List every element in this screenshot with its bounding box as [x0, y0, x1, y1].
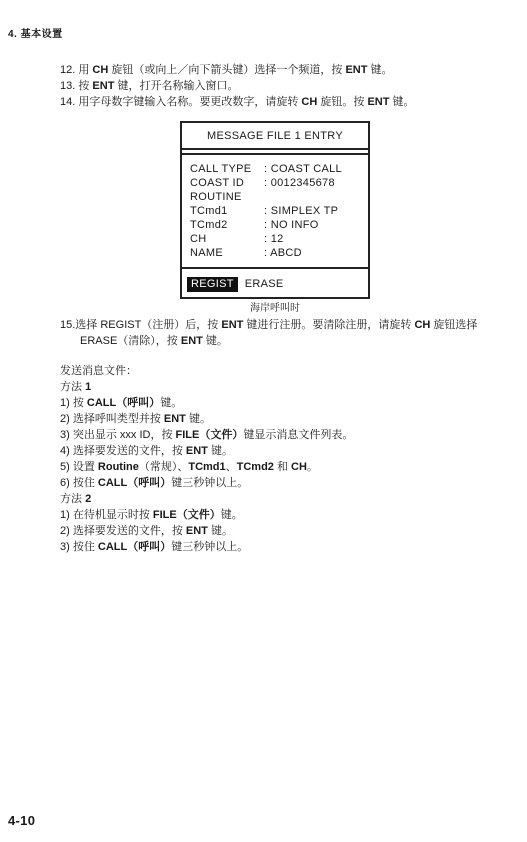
screen-field-value: : SIMPLEX TP: [264, 205, 338, 217]
send-message-instructions: 发送消息文件： 方法 1 1) 按 CALL（呼叫）键。 2) 选择呼叫类型并按…: [60, 363, 488, 555]
instruction-line: 4) 选择要发送的文件，按 ENT 键。: [60, 443, 488, 459]
page-content: 12. 用 CH 旋钮（或向上／向下箭头键）选择一个频道，按 ENT 键。 13…: [60, 62, 488, 555]
instruction-step: 13. 按 ENT 键，打开名称输入窗口。: [60, 78, 488, 94]
screen-field-value: : NO INFO: [264, 219, 319, 231]
screen-field-label: COAST ID: [190, 176, 264, 190]
screen-field-value: : 12: [264, 233, 284, 245]
screen-field-label: CH: [190, 232, 264, 246]
screen-field-value: : ABCD: [264, 247, 302, 259]
instruction-line: 5) 设置 Routine（常规）、TCmd1、TCmd2 和 CH。: [60, 459, 488, 475]
page-number: 4-10: [8, 813, 35, 828]
screen-field-value: : COAST CALL: [264, 163, 342, 175]
step-15: 15.选择 REGIST（注册）后，按 ENT 键进行注册。要清除注册，请旋转 …: [60, 317, 488, 349]
manual-document-page: 4. 基本设置 12. 用 CH 旋钮（或向上／向下箭头键）选择一个频道，按 E…: [0, 0, 527, 842]
instruction-step: 12. 用 CH 旋钮（或向上／向下箭头键）选择一个频道，按 ENT 键。: [60, 62, 488, 78]
screen-title: MESSAGE FILE 1 ENTRY: [182, 123, 368, 150]
screen-field-row: TCmd2: NO INFO: [190, 218, 366, 232]
screen-field-row: NAME: ABCD: [190, 246, 366, 260]
message-file-entry-screen: MESSAGE FILE 1 ENTRY CALL TYPE: COAST CA…: [180, 121, 370, 299]
screen-field-label: NAME: [190, 246, 264, 260]
instruction-line: 2) 选择呼叫类型并按 ENT 键。: [60, 411, 488, 427]
screen-field-value: : 0012345678: [264, 177, 335, 189]
instruction-line: 方法 2: [60, 491, 488, 507]
screen-field-label: TCmd2: [190, 218, 264, 232]
instruction-line: 3) 突出显示 xxx ID，按 FILE（文件）键显示消息文件列表。: [60, 427, 488, 443]
instruction-step: 14. 用字母数字键输入名称。要更改数字，请旋转 CH 旋钮。按 ENT 键。: [60, 94, 488, 110]
screen-footer: REGISTERASE: [182, 272, 368, 297]
screen-field-label: CALL TYPE: [190, 162, 264, 176]
figure-caption: 海岸呼叫时: [180, 303, 370, 315]
instruction-line: 1) 在待机显示时按 FILE（文件）键。: [60, 507, 488, 523]
screen-field-row: ROUTINE: [190, 190, 366, 204]
screen-fields: CALL TYPE: COAST CALL COAST ID: 00123456…: [182, 153, 368, 269]
regist-option: REGIST: [187, 277, 238, 292]
instruction-line: 方法 1: [60, 379, 488, 395]
screen-field-label: ROUTINE: [190, 190, 264, 204]
instruction-line: 3) 按住 CALL（呼叫）键三秒钟以上。: [60, 539, 488, 555]
screen-field-row: COAST ID: 0012345678: [190, 176, 366, 190]
erase-option: ERASE: [245, 278, 284, 290]
instruction-line: 2) 选择要发送的文件，按 ENT 键。: [60, 523, 488, 539]
instruction-line: 发送消息文件：: [60, 363, 488, 379]
screen-field-row: CH: 12: [190, 232, 366, 246]
instruction-line: 1) 按 CALL（呼叫）键。: [60, 395, 488, 411]
screen-field-label: TCmd1: [190, 204, 264, 218]
screen-field-row: TCmd1: SIMPLEX TP: [190, 204, 366, 218]
screen-figure: MESSAGE FILE 1 ENTRY CALL TYPE: COAST CA…: [180, 121, 370, 315]
instruction-line: 6) 按住 CALL（呼叫）键三秒钟以上。: [60, 475, 488, 491]
steps-12-14: 12. 用 CH 旋钮（或向上／向下箭头键）选择一个频道，按 ENT 键。 13…: [60, 62, 488, 110]
section-header: 4. 基本设置: [8, 25, 63, 40]
screen-field-row: CALL TYPE: COAST CALL: [190, 162, 366, 176]
